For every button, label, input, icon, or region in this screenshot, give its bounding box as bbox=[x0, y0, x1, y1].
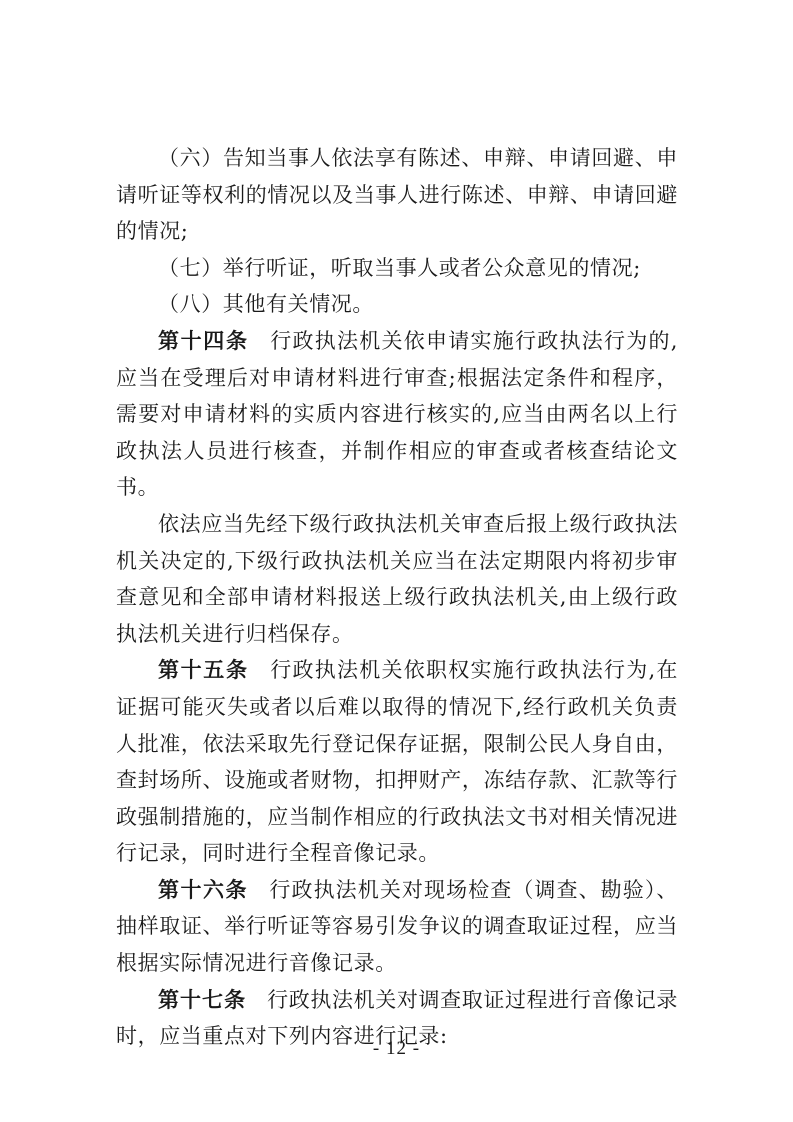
paragraph-text: 行政执法机关依职权实施行政执法行为,在证据可能灭失或者以后难以取得的情况下,经行… bbox=[116, 658, 678, 865]
article-label: 第十五条 bbox=[158, 658, 249, 682]
paragraph-text: 依法应当先经下级行政执法机关审查后报上级行政执法机关决定的,下级行政执法机关应当… bbox=[116, 512, 678, 646]
article-14: 第十四条行政执法机关依申请实施行政执法行为的,应当在受理后对申请材料进行审查;根… bbox=[116, 323, 678, 506]
document-page: （六）告知当事人依法享有陈述、申辩、申请回避、申请听证等权利的情况以及当事人进行… bbox=[0, 0, 793, 1122]
article-14-paragraph-2: 依法应当先经下级行政执法机关审查后报上级行政执法机关决定的,下级行政执法机关应当… bbox=[116, 506, 678, 652]
paragraph-item-6: （六）告知当事人依法享有陈述、申辩、申请回避、申请听证等权利的情况以及当事人进行… bbox=[116, 140, 678, 250]
article-15: 第十五条行政执法机关依职权实施行政执法行为,在证据可能灭失或者以后难以取得的情况… bbox=[116, 652, 678, 872]
page-number: - 12 - bbox=[0, 1038, 793, 1060]
article-16: 第十六条行政执法机关对现场检查（调查、勘验）、抽样取证、举行听证等容易引发争议的… bbox=[116, 872, 678, 982]
paragraph-item-7: （七）举行听证，听取当事人或者公众意见的情况; bbox=[116, 250, 678, 287]
document-body: （六）告知当事人依法享有陈述、申辩、申请回避、申请听证等权利的情况以及当事人进行… bbox=[116, 140, 678, 1055]
paragraph-text: （六）告知当事人依法享有陈述、申辩、申请回避、申请听证等权利的情况以及当事人进行… bbox=[116, 146, 678, 243]
paragraph-text: 行政执法机关依申请实施行政执法行为的,应当在受理后对申请材料进行审查;根据法定条… bbox=[116, 329, 678, 499]
article-label: 第十六条 bbox=[158, 878, 248, 902]
paragraph-text: （八）其他有关情况。 bbox=[158, 292, 374, 316]
article-label: 第十四条 bbox=[158, 329, 249, 353]
paragraph-item-8: （八）其他有关情况。 bbox=[116, 286, 678, 323]
paragraph-text: （七）举行听证，听取当事人或者公众意见的情况; bbox=[158, 256, 641, 280]
article-label: 第十七条 bbox=[158, 988, 246, 1012]
